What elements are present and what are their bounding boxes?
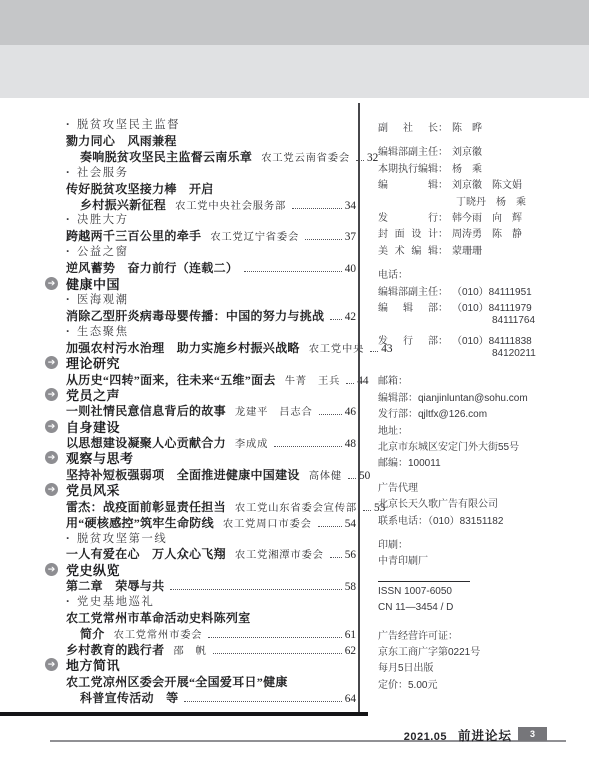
dot-leader	[318, 526, 342, 527]
toc-entry-author: 农工党常州市委会	[114, 626, 203, 641]
bullet-dot-icon: ·	[66, 531, 70, 545]
toc-subsection-label: 脱贫攻坚民主监督	[77, 116, 180, 132]
masthead-text: 电话：	[378, 266, 566, 282]
masthead-colon: ：	[438, 176, 448, 191]
page-number-badge: 3	[518, 727, 547, 741]
masthead-colon: ：	[438, 299, 448, 314]
masthead-value: 杨 乘	[448, 160, 482, 175]
toc-subsection: ·社会服务	[45, 164, 356, 180]
masthead-text: ISSN 1007-6050	[378, 586, 566, 602]
masthead: 副社长：陈 晔编辑部副主任：刘京徽本期执行编辑：杨 乘编辑：刘京徽 陈文娟丁晓丹…	[378, 119, 566, 692]
toc-entry-page: 64	[345, 693, 356, 705]
toc-entry: 乡村振兴新征程农工党中央社会服务部34	[45, 196, 356, 212]
toc-entry: 消除乙型肝炎病毒母婴传播：中国的努力与挑战42	[45, 307, 356, 323]
toc-entry: 雷杰：战疫面前彰显责任担当农工党山东省委会宣传部53	[45, 498, 356, 514]
toc-subsection-label: 社会服务	[77, 164, 129, 180]
masthead-colon: ：	[438, 209, 448, 224]
arrow-circle-icon: ➔	[45, 451, 58, 464]
masthead-colon: ：	[438, 143, 448, 158]
toc-entry-title: 跨越两千三百公里的牵手	[66, 227, 201, 244]
masthead-text: 广告经营许可证：	[378, 627, 566, 643]
content-bottom-rule	[0, 712, 368, 716]
masthead-continuation: 84120211	[378, 348, 566, 364]
toc-entry-title: 雷杰：战疫面前彰显责任担当	[66, 498, 226, 515]
masthead-rule	[378, 569, 470, 582]
toc-entry-author: 农工党湘潭市委会	[235, 546, 324, 561]
toc-section-header: ➔自身建设	[45, 418, 356, 434]
window-top-band	[0, 0, 589, 45]
toc-entry-author: 农工党云南省委会	[261, 149, 350, 164]
dot-leader	[208, 637, 341, 638]
toc-entry-author: 高体健	[309, 467, 342, 482]
dot-leader	[330, 319, 341, 320]
toc-entry-page: 48	[345, 438, 356, 450]
masthead-colon: ：	[438, 332, 448, 347]
masthead-row: 编辑：刘京徽 陈文娟	[378, 176, 566, 192]
masthead-label: 编辑部	[378, 299, 438, 314]
toc-section-label: 党员之声	[66, 385, 120, 404]
bullet-dot-icon: ·	[66, 117, 70, 131]
masthead-colon: ：	[438, 119, 448, 134]
toc-entry-page: 54	[345, 518, 356, 530]
toc-entry-author: 农工党周口市委会	[223, 515, 312, 530]
toc-entry: 跨越两千三百公里的牵手农工党辽宁省委会37	[45, 227, 356, 243]
masthead-text: CN 11—3454 / D	[378, 602, 566, 618]
masthead-value: 韩今雨 向 辉	[448, 209, 522, 224]
dot-leader	[363, 510, 371, 511]
footer: 2021.05 前进论坛	[50, 726, 512, 741]
toc-subsection: ·脱贫攻坚民主监督	[45, 116, 356, 132]
toc-section-header: ➔地方简讯	[45, 657, 356, 673]
masthead-text: 京东工商广字第0221号	[378, 643, 566, 659]
toc-entry-page: 46	[345, 406, 356, 418]
masthead-row: 美术编辑：蒙珊珊	[378, 242, 566, 258]
toc-section-label: 党史纵览	[66, 560, 120, 579]
toc-section-label: 党员风采	[66, 480, 120, 499]
toc-entry-title: 传好脱贫攻坚接力棒 开启	[66, 180, 214, 197]
masthead-value: 丁晓丹 杨 乘	[452, 193, 526, 208]
toc-section-header: ➔理论研究	[45, 355, 356, 371]
toc-entry-title: 第二章 荣辱与共	[66, 577, 164, 594]
toc-entry-author: 农工党中央社会服务部	[175, 197, 286, 212]
masthead-value: 刘京徽 陈文娟	[448, 176, 522, 191]
dot-leader	[213, 653, 342, 654]
toc-entry-author: 龙建平 吕志合	[235, 403, 313, 418]
masthead-label: 发行部	[378, 332, 438, 347]
masthead-text: 邮编：100011	[378, 454, 566, 470]
masthead-text: 广告代理	[378, 479, 566, 495]
toc-entry-page: 58	[345, 581, 356, 593]
bullet-dot-icon: ·	[66, 165, 70, 179]
dot-leader	[274, 446, 342, 447]
toc-section-header: ➔党史纵览	[45, 561, 356, 577]
toc-entry-title: 农工党常州市革命活动史料陈列室	[66, 609, 251, 626]
toc-entry-title: 消除乙型肝炎病毒母婴传播：中国的努力与挑战	[66, 307, 324, 324]
masthead-text: 北京长天久歌广告有限公司	[378, 495, 566, 511]
masthead-value: 84120211	[488, 348, 536, 359]
dot-leader	[346, 383, 354, 384]
toc-subsection-label: 医海观潮	[77, 291, 129, 307]
arrow-circle-icon: ➔	[45, 356, 58, 369]
toc-entry-title: 农工党凉州区委会开展“全国爱耳日”健康	[66, 673, 288, 690]
toc-entry-author: 邵 帆	[173, 642, 206, 657]
dot-leader	[319, 414, 342, 415]
toc-section-header: ➔观察与思考	[45, 450, 356, 466]
toc-entry: 第二章 荣辱与共58	[45, 577, 356, 593]
toc-section-label: 健康中国	[66, 274, 120, 293]
masthead-text: 发行部：qjltfx@126.com	[378, 405, 566, 421]
masthead-continuation: 84111764	[378, 315, 566, 331]
toc-entry: 奏响脱贫攻坚民主监督云南乐章农工党云南省委会32	[45, 148, 356, 164]
toc-entry-page: 42	[345, 311, 356, 323]
toc-entry: 传好脱贫攻坚接力棒 开启	[45, 180, 356, 196]
toc-subsection-label: 生态聚焦	[77, 323, 129, 339]
masthead-row: 发行：韩今雨 向 辉	[378, 209, 566, 225]
masthead-continuation: 丁晓丹 杨 乘	[378, 193, 566, 209]
toc-subsection: ·党史基地巡礼	[45, 593, 356, 609]
magazine-title: 前进论坛	[458, 726, 512, 744]
toc-entry-page: 34	[345, 200, 356, 212]
table-of-contents: ·脱贫攻坚民主监督勠力同心 风雨兼程奏响脱贫攻坚民主监督云南乐章农工党云南省委会…	[45, 116, 356, 705]
toc-entry-title: 乡村振兴新征程	[80, 196, 166, 213]
toc-entry: 勠力同心 风雨兼程	[45, 132, 356, 148]
masthead-row: 编辑部副主任：（010）84111951	[378, 283, 566, 299]
toc-subsection-label: 公益之窗	[77, 243, 129, 259]
masthead-label: 本期执行编辑	[378, 160, 438, 175]
masthead-value: （010）84111951	[448, 283, 532, 298]
masthead-colon: ：	[438, 225, 448, 240]
toc-entry: 农工党凉州区委会开展“全国爱耳日”健康	[45, 673, 356, 689]
bullet-dot-icon: ·	[66, 324, 70, 338]
masthead-text: 北京市东城区安定门外大街55号	[378, 438, 566, 454]
toc-section-header: ➔党员之声	[45, 386, 356, 402]
toc-subsection-label: 脱贫攻坚第一线	[77, 530, 167, 546]
toc-entry-title: 勠力同心 风雨兼程	[66, 132, 177, 149]
toc-entry: 用“硬核感控”筑牢生命防线农工党周口市委会54	[45, 514, 356, 530]
toc-entry-author: 李成成	[235, 435, 268, 450]
masthead-row: 副社长：陈 晔	[378, 119, 566, 135]
bullet-dot-icon: ·	[66, 244, 70, 258]
toc-entry: 简介农工党常州市委会61	[45, 625, 356, 641]
toc-entry-page: 40	[345, 263, 356, 275]
masthead-label: 副社长	[378, 119, 438, 134]
masthead-text: 定价：5.00元	[378, 676, 566, 692]
toc-section-label: 观察与思考	[66, 448, 134, 467]
toc-entry-page: 32	[367, 152, 378, 164]
masthead-label: 美术编辑	[378, 242, 438, 257]
toc-entry-page: 61	[345, 629, 356, 641]
masthead-text: 印刷：	[378, 536, 566, 552]
bullet-dot-icon: ·	[66, 292, 70, 306]
masthead-colon: ：	[438, 283, 448, 298]
masthead-label: 封面设计	[378, 225, 438, 240]
masthead-colon: ：	[438, 160, 448, 175]
dot-leader	[330, 557, 342, 558]
masthead-label: 编辑	[378, 176, 438, 191]
bullet-dot-icon: ·	[66, 212, 70, 226]
dot-leader	[348, 478, 356, 479]
masthead-row: 编辑部副主任：刘京徽	[378, 143, 566, 159]
toc-subsection: ·生态聚焦	[45, 323, 356, 339]
masthead-text: 地址：	[378, 422, 566, 438]
arrow-circle-icon: ➔	[45, 277, 58, 290]
masthead-text: 编辑部：qianjinluntan@sohu.com	[378, 389, 566, 405]
dot-leader	[170, 589, 341, 590]
masthead-label: 编辑部副主任	[378, 283, 438, 298]
arrow-circle-icon: ➔	[45, 388, 58, 401]
toc-subsection: ·公益之窗	[45, 243, 356, 259]
dot-leader	[305, 239, 342, 240]
dot-leader	[244, 271, 342, 272]
toc-entry-title: 用“硬核感控”筑牢生命防线	[66, 514, 214, 531]
column-divider	[358, 103, 360, 713]
masthead-row: 编辑部：（010）84111979	[378, 299, 566, 315]
toc-subsection: ·医海观潮	[45, 291, 356, 307]
toc-section-label: 自身建设	[66, 417, 120, 436]
masthead-value: 蒙珊珊	[448, 242, 482, 257]
toc-entry-author: 牛菁 王兵	[285, 372, 340, 387]
dot-leader	[184, 701, 341, 702]
masthead-text: 联系电话：（010）83151182	[378, 512, 566, 528]
dot-leader	[370, 351, 378, 352]
toc-entry-title: 科普宣传活动 等	[80, 689, 178, 706]
arrow-circle-icon: ➔	[45, 420, 58, 433]
dot-leader	[292, 208, 342, 209]
toc-entry-author: 农工党中央	[309, 340, 364, 355]
masthead-row: 封面设计：周涛勇 陈 静	[378, 225, 566, 241]
masthead-text: 中青印刷厂	[378, 552, 566, 568]
bullet-dot-icon: ·	[66, 594, 70, 608]
arrow-circle-icon: ➔	[45, 483, 58, 496]
masthead-colon: ：	[438, 242, 448, 257]
toc-entry-title: 奏响脱贫攻坚民主监督云南乐章	[80, 148, 252, 165]
toc-entry-page: 62	[345, 645, 356, 657]
toc-entry-author: 农工党山东省委会宣传部	[235, 499, 357, 514]
masthead-value: 陈 晔	[448, 119, 482, 134]
masthead-label: 发行	[378, 209, 438, 224]
toc-entry-title: 简介	[80, 625, 105, 642]
masthead-value: 84111764	[488, 315, 535, 326]
toc-entry: 科普宣传活动 等64	[45, 689, 356, 705]
masthead-text: 每月5日出版	[378, 659, 566, 675]
arrow-circle-icon: ➔	[45, 563, 58, 576]
toc-entry-page: 50	[359, 470, 370, 482]
masthead-value: 刘京徽	[448, 143, 482, 158]
toc-subsection: ·脱贫攻坚第一线	[45, 530, 356, 546]
masthead-value: （010）84111979	[448, 299, 532, 314]
masthead-text: 邮箱：	[378, 372, 566, 388]
toc-section-label: 理论研究	[66, 353, 120, 372]
masthead-label: 编辑部副主任	[378, 143, 438, 158]
toc-subsection-label: 党史基地巡礼	[77, 593, 154, 609]
toc-subsection-label: 决胜大方	[77, 211, 129, 227]
toc-section-label: 地方简讯	[66, 655, 120, 674]
toc-entry-page: 37	[345, 231, 356, 243]
masthead-row: 本期执行编辑：杨 乘	[378, 160, 566, 176]
window-second-band	[0, 45, 589, 98]
toc-subsection: ·决胜大方	[45, 211, 356, 227]
footer-issue: 2021.05	[404, 731, 447, 743]
arrow-circle-icon: ➔	[45, 658, 58, 671]
toc-entry-page: 56	[345, 549, 356, 561]
toc-section-header: ➔党员风采	[45, 482, 356, 498]
toc-section-header: ➔健康中国	[45, 275, 356, 291]
toc-entry-author: 农工党辽宁省委会	[210, 228, 299, 243]
masthead-value: 周涛勇 陈 静	[448, 225, 522, 240]
masthead-value: （010）84111838	[448, 332, 532, 347]
masthead-row: 发行部：（010）84111838	[378, 332, 566, 348]
toc-entry: 农工党常州市革命活动史料陈列室	[45, 609, 356, 625]
